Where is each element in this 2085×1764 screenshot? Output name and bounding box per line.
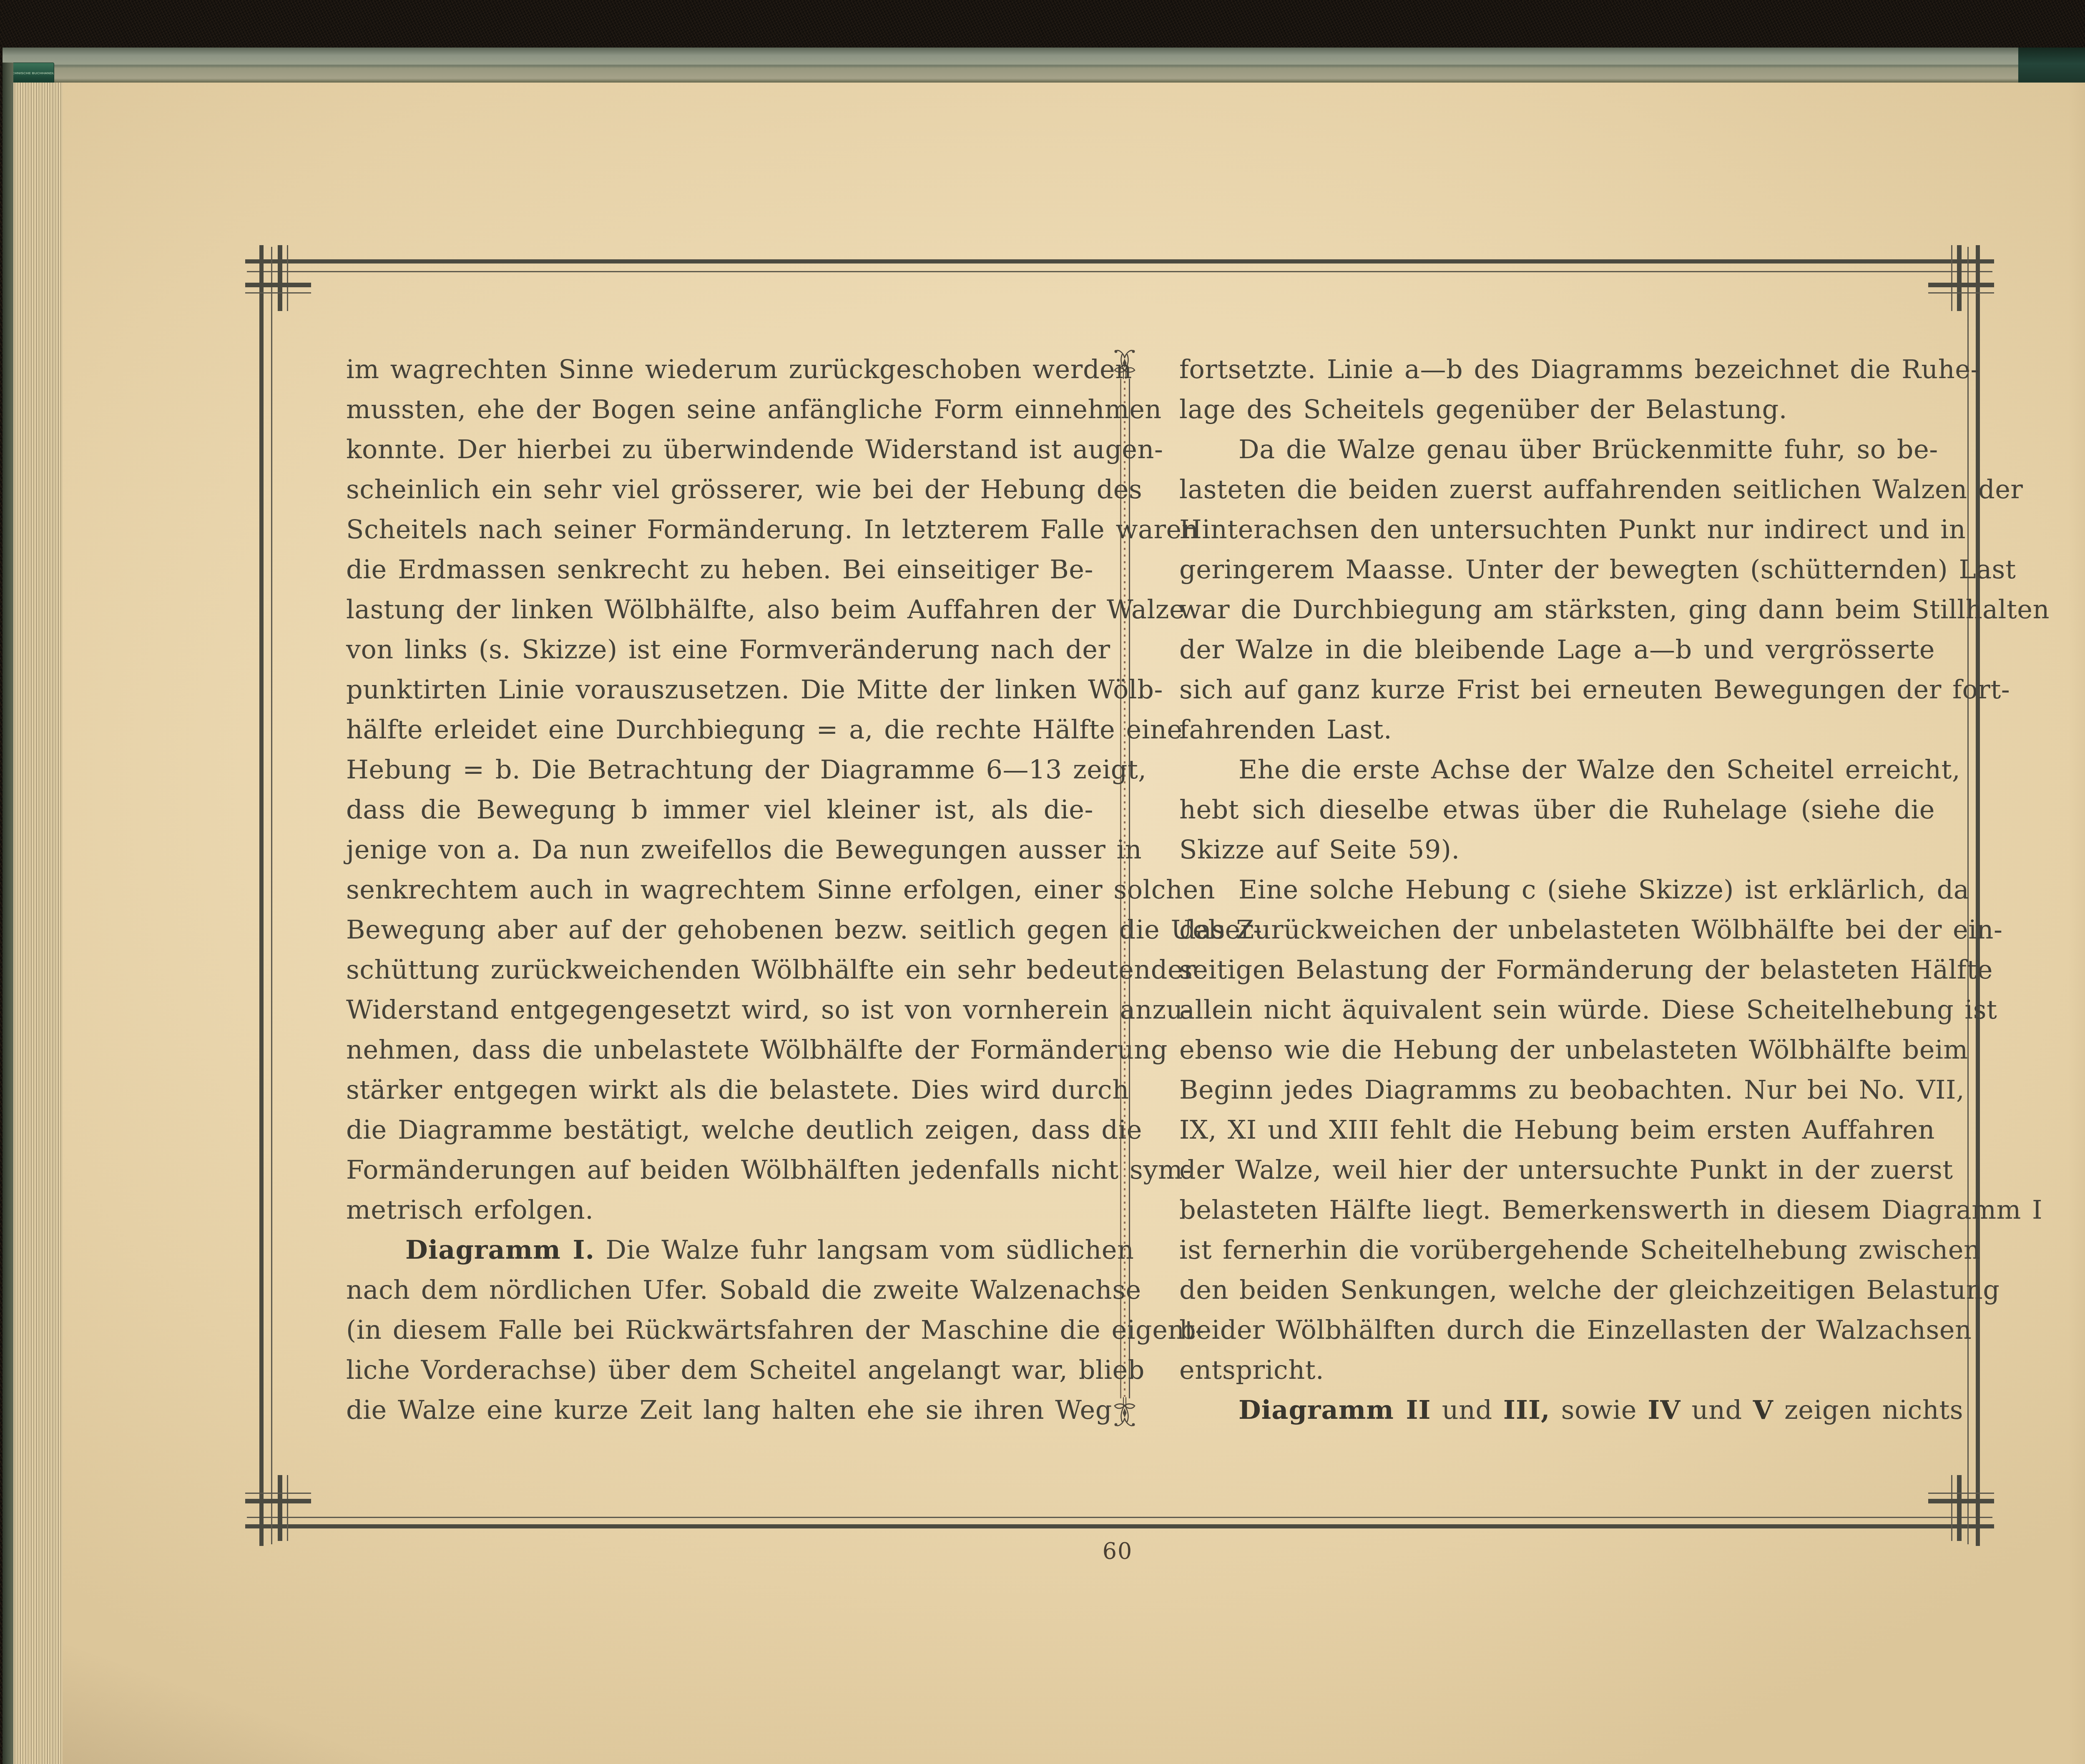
text-segment: scheinlich ein sehr viel grösserer, wie … (346, 474, 1142, 504)
text-segment: belasteten Hälfte liegt. Bemerkenswerth … (1179, 1194, 2042, 1225)
text-segment: die Diagramme bestätigt, welche deutlich… (346, 1114, 1142, 1145)
text-segment: Hinterachsen den untersuchten Punkt nur … (1179, 514, 1966, 545)
text-line: metrisch erfolgen. (346, 1190, 1093, 1230)
book-cover-edge (3, 63, 13, 1764)
text-segment: Da die Walze genau über Brückenmitte fuh… (1238, 434, 1938, 464)
text-line: lasteten die beiden zuerst auffahrenden … (1179, 469, 1935, 509)
text-line: den beiden Senkungen, welche der gleichz… (1179, 1270, 1935, 1310)
frame-corner-cross-bottom-right (1927, 1474, 1994, 1541)
text-line: mussten, ehe der Bogen seine anfängliche… (346, 389, 1093, 429)
text-segment: Bewegung aber auf der gehobenen bezw. se… (346, 914, 1262, 945)
text-segment: Formänderungen auf beiden Wölbhälften je… (346, 1154, 1192, 1185)
photographed-book-page: { "page_number": "60", "edge_label": "PO… (0, 0, 2085, 1764)
text-segment: nach dem nördlichen Ufer. Sobald die zwe… (346, 1275, 1141, 1305)
text-segment: und (1681, 1395, 1753, 1425)
text-line: dass die Bewegung b immer viel kleiner i… (346, 790, 1093, 830)
text-segment: hälfte erleidet eine Durchbiegung = a, d… (346, 714, 1183, 745)
text-segment: Ehe die erste Achse der Walze den Scheit… (1238, 754, 1960, 785)
text-segment: das Zurückweichen der unbelasteten Wölbh… (1179, 914, 2002, 945)
text-segment: im wagrechten Sinne wiederum zurückgesch… (346, 354, 1132, 384)
page-corner-shadow (63, 1626, 438, 1764)
text-segment: seitigen Belastung der Formänderung der … (1179, 954, 1993, 985)
frame-corner-cross-top-left (245, 245, 312, 312)
text-line: ist fernerhin die vorübergehende Scheite… (1179, 1230, 1935, 1270)
text-line: IX, XI und XIII fehlt die Hebung beim er… (1179, 1110, 1935, 1150)
frame-top-thin-rule (247, 271, 1992, 272)
text-line: seitigen Belastung der Formänderung der … (1179, 950, 1935, 990)
text-line: Hinterachsen den untersuchten Punkt nur … (1179, 509, 1935, 550)
text-line: der Walze in die bleibende Lage a—b und … (1179, 630, 1935, 670)
text-segment: lage des Scheitels gegenüber der Belastu… (1179, 394, 1787, 424)
text-line: hebt sich dieselbe etwas über die Ruhela… (1179, 790, 1935, 830)
text-line: allein nicht äquivalent sein würde. Dies… (1179, 990, 1935, 1030)
text-line: lage des Scheitels gegenüber der Belastu… (1179, 389, 1935, 429)
text-segment: allein nicht äquivalent sein würde. Dies… (1179, 994, 1997, 1025)
frame-left-thick-rule (259, 245, 264, 1546)
bookseller-edge-label: POLYTECHNISCHE BUCHHANDLUNG (7, 63, 54, 83)
text-line: nehmen, dass die unbelastete Wölbhälfte … (346, 1030, 1093, 1070)
page-number: 60 (1076, 1537, 1159, 1566)
text-segment: geringerem Maasse. Unter der bewegten (s… (1179, 554, 2016, 585)
text-segment: konnte. Der hierbei zu überwindende Wide… (346, 434, 1163, 464)
text-column-right: fortsetzte. Linie a—b des Diagramms beze… (1179, 349, 1935, 1430)
bookseller-edge-label-text: POLYTECHNISCHE BUCHHANDLUNG (7, 71, 54, 75)
text-line: die Diagramme bestätigt, welche deutlich… (346, 1110, 1093, 1150)
text-line: Widerstand entgegengesetzt wird, so ist … (346, 990, 1093, 1030)
page-curvature-shadow (2068, 83, 2085, 1764)
frame-corner-cross-top-right (1927, 245, 1994, 312)
text-segment: metrisch erfolgen. (346, 1194, 594, 1225)
text-line: liche Vorderachse) über dem Scheitel ang… (346, 1350, 1093, 1390)
frame-bottom-thick-rule (245, 1524, 1994, 1528)
text-segment: Scheitels nach seiner Formänderung. In l… (346, 514, 1198, 545)
text-line: geringerem Maasse. Unter der bewegten (s… (1179, 550, 1935, 590)
text-line: Beginn jedes Diagramms zu beobachten. Nu… (1179, 1070, 1935, 1110)
diagram-reference-label: V (1753, 1395, 1774, 1425)
text-line: punktirten Linie vorauszusetzen. Die Mit… (346, 670, 1093, 710)
text-line: scheinlich ein sehr viel grösserer, wie … (346, 469, 1093, 509)
text-line: die Erdmassen senkrecht zu heben. Bei ei… (346, 550, 1093, 590)
text-line: jenige von a. Da nun zweifellos die Bewe… (346, 830, 1093, 870)
text-segment: stärker entgegen wirkt als die belastete… (346, 1074, 1129, 1105)
text-segment: zeigen nichts (1774, 1395, 1963, 1425)
frame-right-thick-rule (1976, 245, 1980, 1546)
book-top-edge-dark-corner (2018, 48, 2085, 83)
text-line: Scheitels nach seiner Formänderung. In l… (346, 509, 1093, 550)
text-line: Hebung = b. Die Betrachtung der Diagramm… (346, 750, 1093, 790)
page-stack-edges (13, 83, 63, 1764)
text-segment: den beiden Senkungen, welche der gleichz… (1179, 1275, 2000, 1305)
text-line: belasteten Hälfte liegt. Bemerkenswerth … (1179, 1190, 1935, 1230)
text-line: Da die Walze genau über Brückenmitte fuh… (1179, 429, 1935, 469)
text-segment: die Erdmassen senkrecht zu heben. Bei ei… (346, 554, 1093, 585)
text-line: stärker entgegen wirkt als die belastete… (346, 1070, 1093, 1110)
text-segment: der Walze, weil hier der untersuchte Pun… (1179, 1154, 1953, 1185)
text-line: sich auf ganz kurze Frist bei erneuten B… (1179, 670, 1935, 710)
diagram-reference-label: Diagramm I. (405, 1235, 595, 1265)
text-line: nach dem nördlichen Ufer. Sobald die zwe… (346, 1270, 1093, 1310)
text-segment: Die Walze fuhr langsam vom südlichen (595, 1235, 1134, 1265)
text-segment: jenige von a. Da nun zweifellos die Bewe… (346, 834, 1142, 865)
text-line: Diagramm I. Die Walze fuhr langsam vom s… (346, 1230, 1093, 1270)
divider-fleuron-bottom-icon (1112, 1397, 1138, 1429)
text-segment: beider Wölbhälften durch die Einzellaste… (1179, 1315, 1972, 1345)
text-line: Formänderungen auf beiden Wölbhälften je… (346, 1150, 1093, 1190)
text-segment: von links (s. Skizze) ist eine Formverän… (346, 634, 1110, 665)
diagram-reference-label: Diagramm II (1238, 1395, 1431, 1425)
text-segment: IX, XI und XIII fehlt die Hebung beim er… (1179, 1114, 1935, 1145)
text-line: fortsetzte. Linie a—b des Diagramms beze… (1179, 349, 1935, 389)
text-segment: dass die Bewegung b immer viel kleiner i… (346, 794, 1093, 825)
text-line: entspricht. (1179, 1350, 1935, 1390)
text-segment: schüttung zurückweichenden Wölbhälfte ei… (346, 954, 1196, 985)
frame-left-thin-rule (271, 247, 272, 1544)
text-segment: nehmen, dass die unbelastete Wölbhälfte … (346, 1034, 1168, 1065)
text-line: der Walze, weil hier der untersuchte Pun… (1179, 1150, 1935, 1190)
diagram-reference-label: III, (1503, 1395, 1550, 1425)
text-line: Skizze auf Seite 59). (1179, 830, 1935, 870)
text-segment: die Walze eine kurze Zeit lang halten eh… (346, 1395, 1112, 1425)
text-segment: (in diesem Falle bei Rückwärtsfahren der… (346, 1315, 1204, 1345)
text-segment: Beginn jedes Diagramms zu beobachten. Nu… (1179, 1074, 1964, 1105)
text-segment: und (1431, 1395, 1503, 1425)
text-line: (in diesem Falle bei Rückwärtsfahren der… (346, 1310, 1093, 1350)
text-line: ebenso wie die Hebung der unbelasteten W… (1179, 1030, 1935, 1070)
text-line: konnte. Der hierbei zu überwindende Wide… (346, 429, 1093, 469)
text-segment: senkrechtem auch in wagrechtem Sinne erf… (346, 874, 1215, 905)
book-top-edge (3, 48, 2085, 83)
text-segment: ist fernerhin die vorübergehende Scheite… (1179, 1235, 1980, 1265)
text-segment: lastung der linken Wölbhälfte, also beim… (346, 594, 1185, 625)
text-line: senkrechtem auch in wagrechtem Sinne erf… (346, 870, 1093, 910)
text-segment: ebenso wie die Hebung der unbelasteten W… (1179, 1034, 1968, 1065)
text-segment: entspricht. (1179, 1355, 1324, 1385)
text-segment: Eine solche Hebung c (siehe Skizze) ist … (1238, 874, 1969, 905)
text-segment: Skizze auf Seite 59). (1179, 834, 1460, 865)
text-line: hälfte erleidet eine Durchbiegung = a, d… (346, 710, 1093, 750)
text-segment: der Walze in die bleibende Lage a—b und … (1179, 634, 1935, 665)
text-segment: fortsetzte. Linie a—b des Diagramms beze… (1179, 354, 1979, 384)
text-line: Diagramm II und III, sowie IV und V zeig… (1179, 1390, 1935, 1430)
text-segment: sich auf ganz kurze Frist bei erneuten B… (1179, 674, 2010, 705)
text-line: die Walze eine kurze Zeit lang halten eh… (346, 1390, 1093, 1430)
text-segment: liche Vorderachse) über dem Scheitel ang… (346, 1355, 1145, 1385)
text-line: von links (s. Skizze) ist eine Formverän… (346, 630, 1093, 670)
text-segment: Hebung = b. Die Betrachtung der Diagramm… (346, 754, 1147, 785)
diagram-reference-label: IV (1648, 1395, 1681, 1425)
text-column-left: im wagrechten Sinne wiederum zurückgesch… (346, 349, 1093, 1430)
text-line: lastung der linken Wölbhälfte, also beim… (346, 590, 1093, 630)
text-line: beider Wölbhälften durch die Einzellaste… (1179, 1310, 1935, 1350)
text-line: schüttung zurückweichenden Wölbhälfte ei… (346, 950, 1093, 990)
text-segment: fahrenden Last. (1179, 714, 1392, 745)
text-line: Bewegung aber auf der gehobenen bezw. se… (346, 910, 1093, 950)
text-segment: Widerstand entgegengesetzt wird, so ist … (346, 994, 1192, 1025)
text-segment: punktirten Linie vorauszusetzen. Die Mit… (346, 674, 1163, 705)
text-line: Ehe die erste Achse der Walze den Scheit… (1179, 750, 1935, 790)
text-line: im wagrechten Sinne wiederum zurückgesch… (346, 349, 1093, 389)
text-line: fahrenden Last. (1179, 710, 1935, 750)
text-line: war die Durchbiegung am stärksten, ging … (1179, 590, 1935, 630)
text-segment: sowie (1550, 1395, 1648, 1425)
frame-corner-cross-bottom-left (245, 1474, 312, 1541)
text-line: das Zurückweichen der unbelasteten Wölbh… (1179, 910, 1935, 950)
text-segment: war die Durchbiegung am stärksten, ging … (1179, 594, 2050, 625)
text-segment: mussten, ehe der Bogen seine anfängliche… (346, 394, 1162, 424)
frame-top-thick-rule (245, 259, 1994, 263)
text-line: Eine solche Hebung c (siehe Skizze) ist … (1179, 870, 1935, 910)
frame-bottom-thin-rule (247, 1517, 1992, 1518)
text-segment: hebt sich dieselbe etwas über die Ruhela… (1179, 794, 1935, 825)
text-segment: lasteten die beiden zuerst auffahrenden … (1179, 474, 2023, 504)
